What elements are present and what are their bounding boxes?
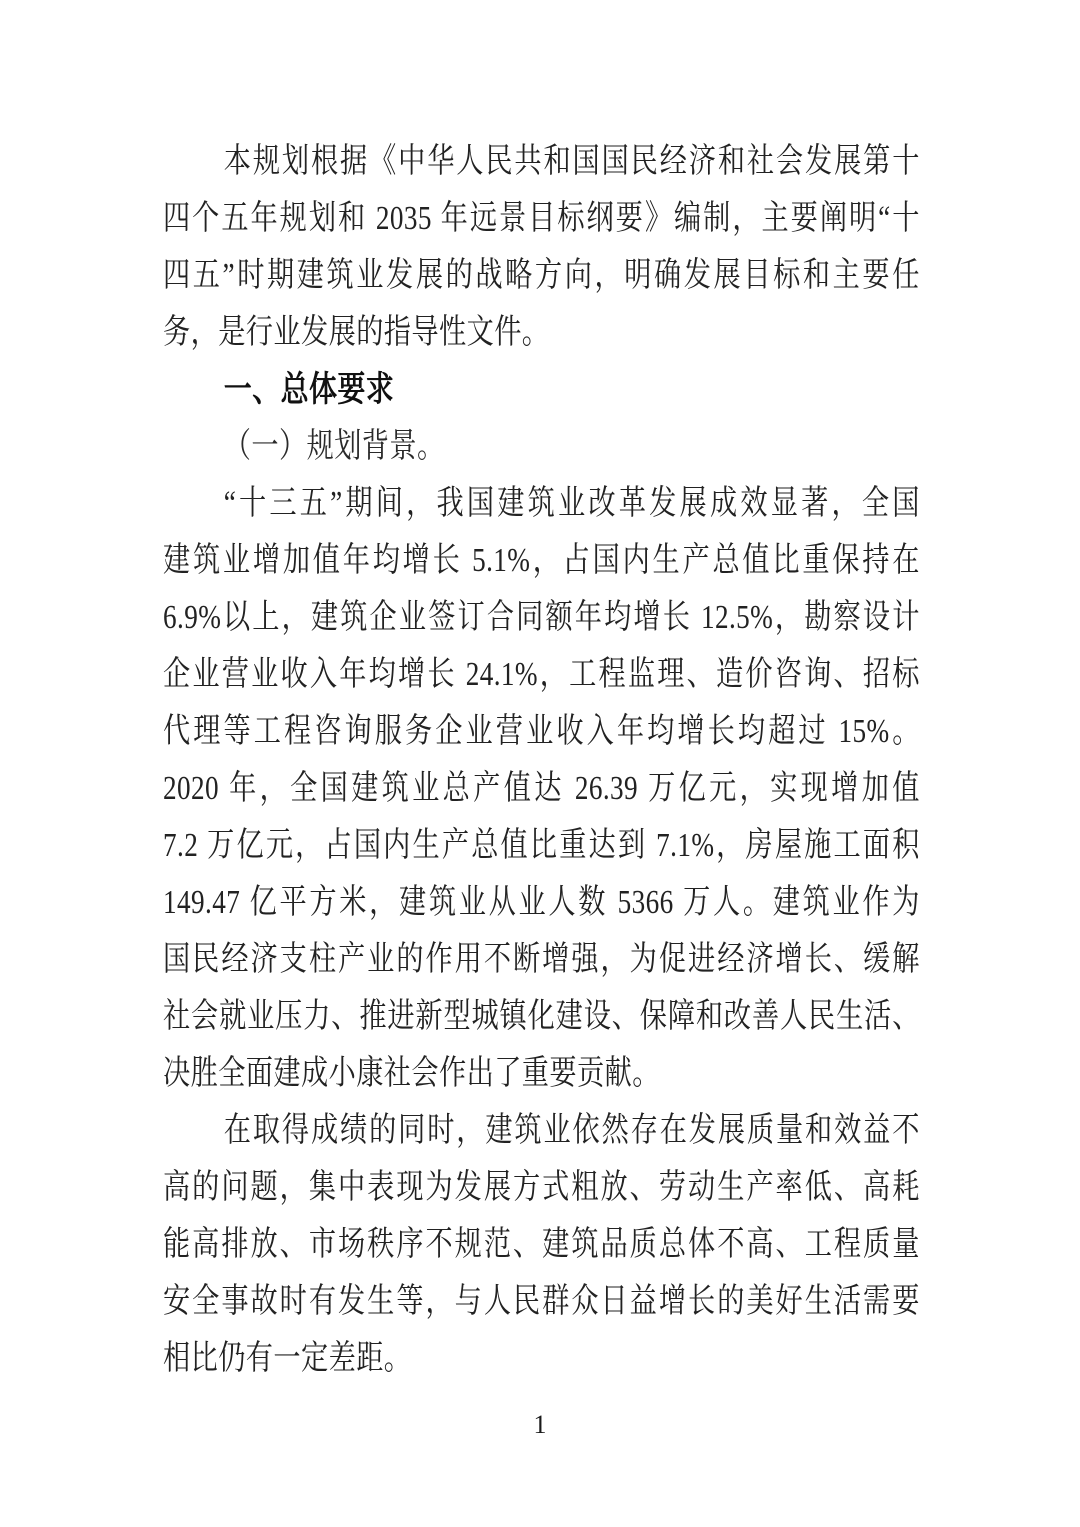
paragraph-2-line: 国民经济支柱产业的作用不断增强，为促进经济增长、缓解 (163, 931, 920, 988)
paragraph-3-line: 安全事故时有发生等，与人民群众日益增长的美好生活需要 (163, 1273, 920, 1330)
paragraph-2-line: 决胜全面建成小康社会作出了重要贡献。 (163, 1045, 920, 1102)
paragraph-2-line: 企业营业收入年均增长 24.1%，工程监理、造价咨询、招标 (163, 646, 920, 703)
paragraph-2-line: 149.47 亿平方米，建筑业从业人数 5366 万人。建筑业作为 (163, 874, 920, 931)
paragraph-3-line: 相比仍有一定差距。 (163, 1330, 920, 1387)
paragraph-2-line: 建筑业增加值年均增长 5.1%，占国内生产总值比重保持在 (163, 532, 920, 589)
paragraph-2-line: 6.9%以上，建筑企业签订合同额年均增长 12.5%，勘察设计 (163, 589, 920, 646)
paragraph-1-line: 务，是行业发展的指导性文件。 (163, 304, 920, 361)
page-number: 1 (0, 1410, 1080, 1440)
document-page: 本规划根据《中华人民共和国国民经济和社会发展第十 四个五年规划和 2035 年远… (0, 0, 1080, 1527)
subsection-heading: （一）规划背景。 (163, 418, 920, 475)
paragraph-3-line: 能高排放、市场秩序不规范、建筑品质总体不高、工程质量 (163, 1216, 920, 1273)
paragraph-2-line: 社会就业压力、推进新型城镇化建设、保障和改善人民生活、 (163, 988, 920, 1045)
paragraph-2-line: 代理等工程咨询服务企业营业收入年均增长均超过 15%。 (163, 703, 920, 760)
document-body: 本规划根据《中华人民共和国国民经济和社会发展第十 四个五年规划和 2035 年远… (163, 133, 920, 1387)
paragraph-2-line: “十三五”期间，我国建筑业改革发展成效显著，全国 (163, 475, 920, 532)
paragraph-1-line: 四个五年规划和 2035 年远景目标纲要》编制，主要阐明“十 (163, 190, 920, 247)
paragraph-1-line: 本规划根据《中华人民共和国国民经济和社会发展第十 (163, 133, 920, 190)
paragraph-1-line: 四五”时期建筑业发展的战略方向，明确发展目标和主要任 (163, 247, 920, 304)
paragraph-2-line: 7.2 万亿元，占国内生产总值比重达到 7.1%，房屋施工面积 (163, 817, 920, 874)
section-heading: 一、总体要求 (163, 361, 920, 418)
paragraph-2-line: 2020 年，全国建筑业总产值达 26.39 万亿元，实现增加值 (163, 760, 920, 817)
paragraph-3-line: 高的问题，集中表现为发展方式粗放、劳动生产率低、高耗 (163, 1159, 920, 1216)
paragraph-3-line: 在取得成绩的同时，建筑业依然存在发展质量和效益不 (163, 1102, 920, 1159)
